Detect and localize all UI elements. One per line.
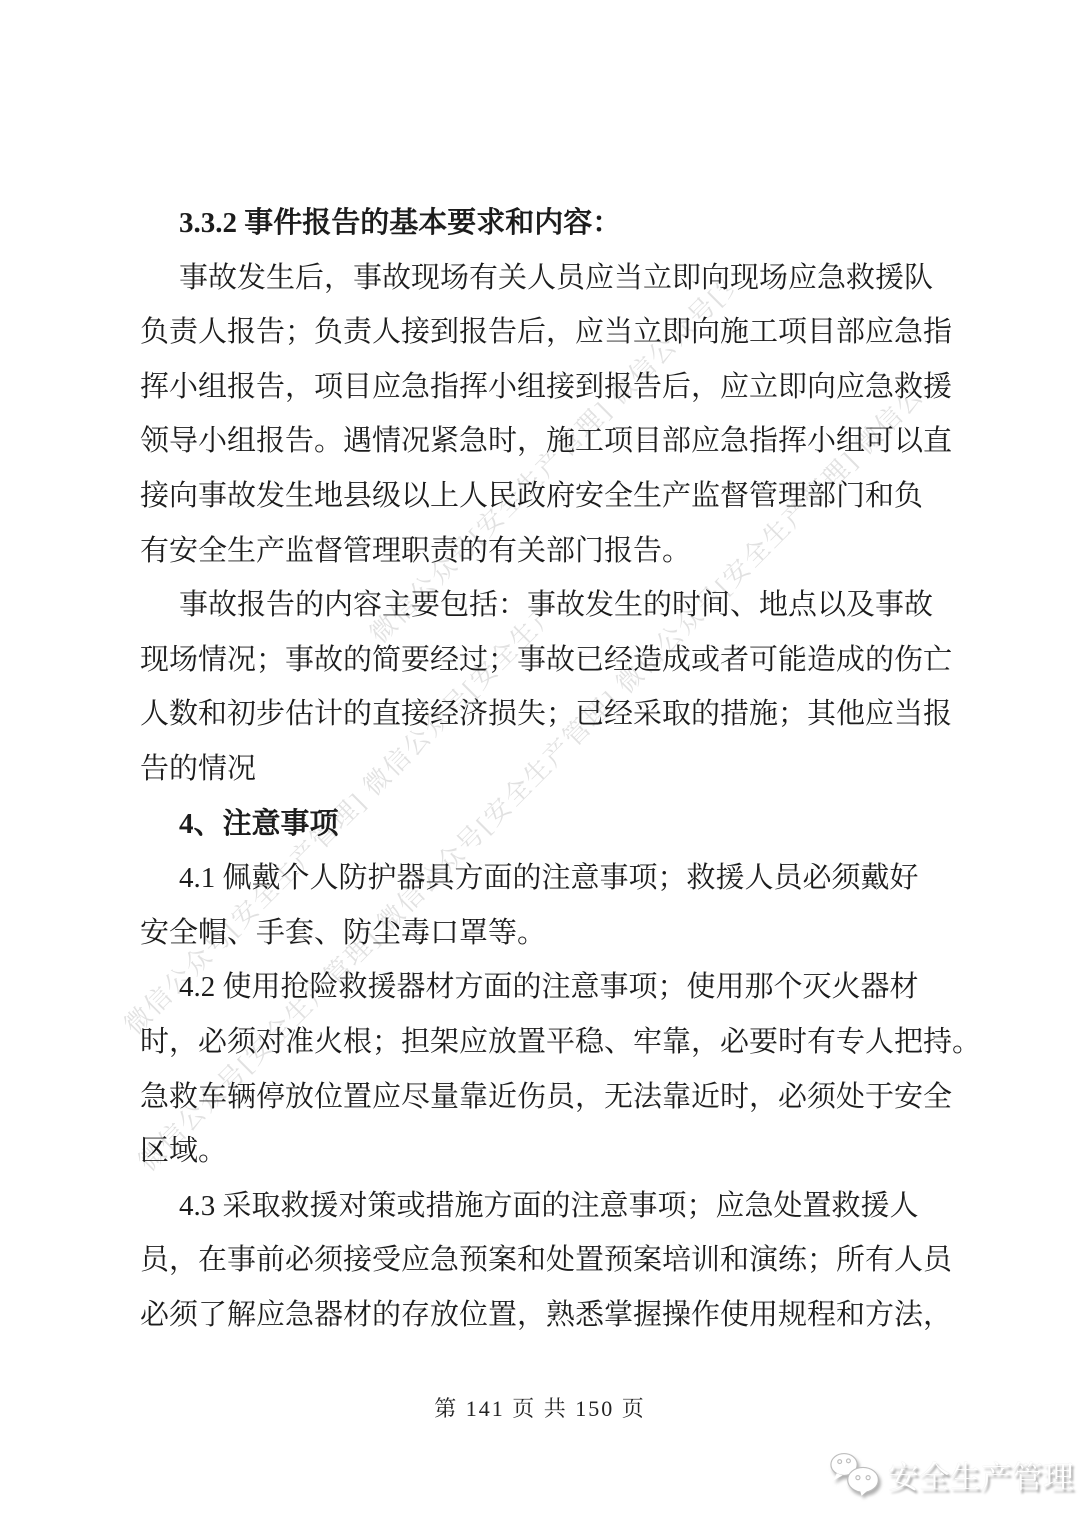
document-text-line: 4.2 使用抢险救援器材方面的注意事项；使用那个灭火器材 bbox=[140, 960, 970, 1015]
document-body: 3.3.2 事件报告的基本要求和内容：事故发生后，事故现场有关人员应当立即向现场… bbox=[140, 196, 970, 1342]
document-text-line: 有安全生产监督管理职责的有关部门报告。 bbox=[140, 524, 970, 579]
wechat-icon bbox=[828, 1450, 882, 1498]
document-heading-line: 4、注意事项 bbox=[140, 797, 970, 852]
document-text-line: 现场情况；事故的简要经过；事故已经造成或者可能造成的伤亡 bbox=[140, 633, 970, 688]
document-heading-line: 3.3.2 事件报告的基本要求和内容： bbox=[140, 196, 970, 251]
document-text-line: 时，必须对准火根；担架应放置平稳、牢靠，必要时有专人把持。 bbox=[140, 1015, 970, 1070]
document-text-line: 员，在事前必须接受应急预案和处置预案培训和演练；所有人员 bbox=[140, 1233, 970, 1288]
document-page: 微信公众号[安全生产管理] 微信公众号[安全生产管理] 微信公众号[安全生产管理… bbox=[0, 0, 1080, 1528]
brand-name-label: 安全生产管理 bbox=[888, 1452, 1074, 1497]
brand-watermark: 安全生产管理 bbox=[828, 1450, 1074, 1498]
document-text-line: 4.1 佩戴个人防护器具方面的注意事项；救援人员必须戴好 bbox=[140, 851, 970, 906]
document-text-line: 必须了解应急器材的存放位置，熟悉掌握操作使用规程和方法， bbox=[140, 1288, 970, 1343]
document-text-line: 事故报告的内容主要包括：事故发生的时间、地点以及事故 bbox=[140, 578, 970, 633]
document-text-line: 人数和初步估计的直接经济损失；已经采取的措施；其他应当报 bbox=[140, 687, 970, 742]
document-text-line: 4.3 采取救援对策或措施方面的注意事项；应急处置救援人 bbox=[140, 1179, 970, 1234]
document-text-line: 告的情况 bbox=[140, 742, 970, 797]
document-text-line: 接向事故发生地县级以上人民政府安全生产监督管理部门和负 bbox=[140, 469, 970, 524]
document-text-line: 事故发生后，事故现场有关人员应当立即向现场应急救援队 bbox=[140, 251, 970, 306]
document-text-line: 安全帽、手套、防尘毒口罩等。 bbox=[140, 906, 970, 961]
document-text-line: 负责人报告；负责人接到报告后，应当立即向施工项目部应急指 bbox=[140, 305, 970, 360]
document-text-line: 挥小组报告，项目应急指挥小组接到报告后，应立即向应急救援 bbox=[140, 360, 970, 415]
document-text-line: 领导小组报告。遇情况紧急时，施工项目部应急指挥小组可以直 bbox=[140, 414, 970, 469]
document-text-line: 急救车辆停放位置应尽量靠近伤员，无法靠近时，必须处于安全 bbox=[140, 1070, 970, 1125]
document-text-line: 区域。 bbox=[140, 1124, 970, 1179]
page-number-label: 第 141 页 共 150 页 bbox=[0, 1392, 1080, 1423]
